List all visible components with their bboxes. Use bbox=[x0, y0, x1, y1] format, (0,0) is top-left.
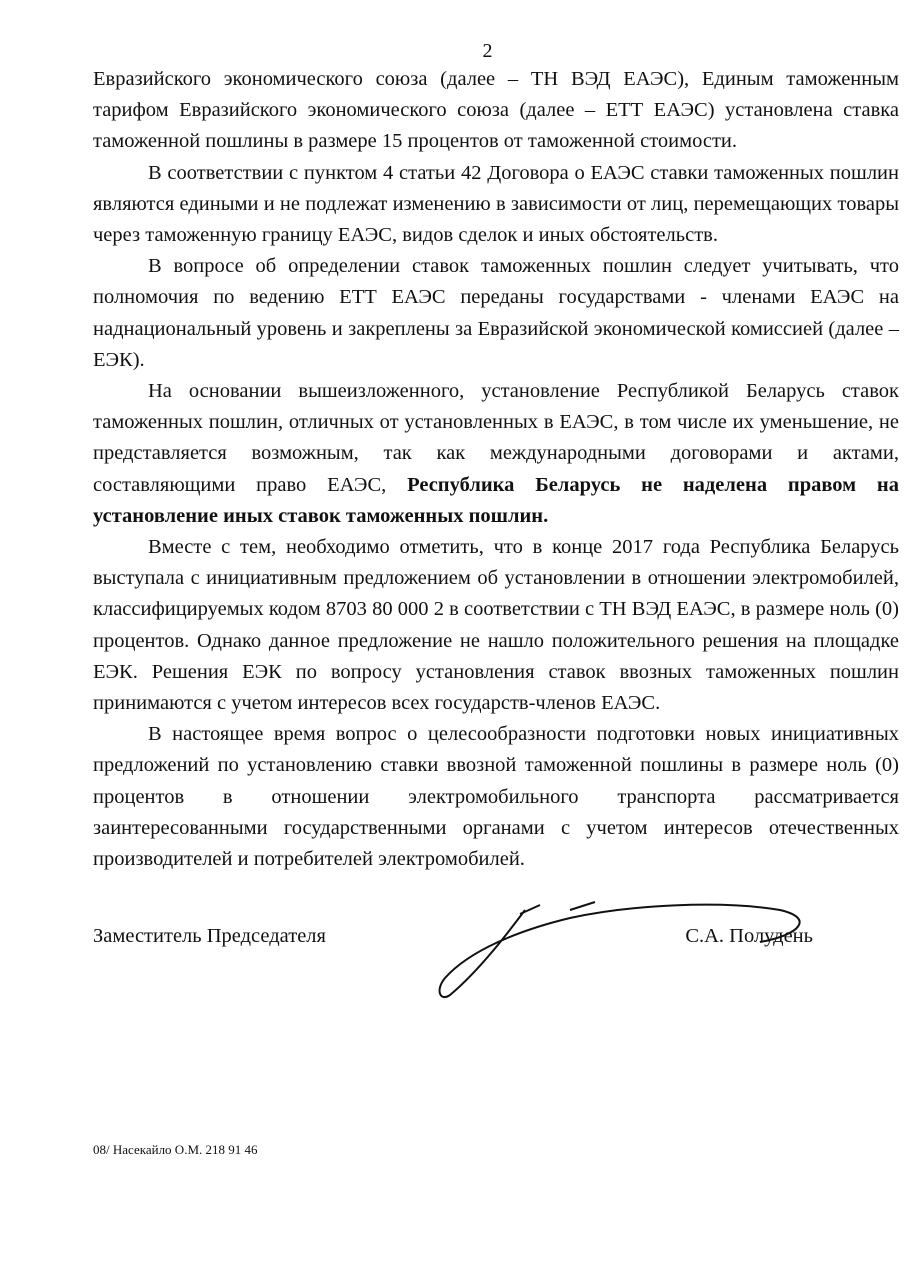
executor-footer: 08/ Насекайло О.М. 218 91 46 bbox=[93, 1142, 258, 1158]
page-number: 2 bbox=[0, 40, 915, 63]
signatory-title: Заместитель Председателя bbox=[93, 925, 326, 948]
letter-body: Евразийского экономического союза (далее… bbox=[93, 64, 899, 875]
paragraph: На основании вышеизложенного, установлен… bbox=[93, 376, 899, 532]
text-segment: Евразийского экономического союза (далее… bbox=[93, 68, 899, 152]
text-segment: В настоящее время вопрос о целесообразно… bbox=[93, 723, 899, 870]
paragraph: В соответствии с пунктом 4 статьи 42 Дог… bbox=[93, 158, 899, 252]
text-segment: В вопросе об определении ставок таможенн… bbox=[93, 255, 899, 371]
paragraph: В вопросе об определении ставок таможенн… bbox=[93, 251, 899, 376]
paragraph: Вместе с тем, необходимо отметить, что в… bbox=[93, 532, 899, 719]
handwritten-signature bbox=[430, 890, 810, 1000]
text-segment: Вместе с тем, необходимо отметить, что в… bbox=[93, 536, 899, 714]
paragraph: Евразийского экономического союза (далее… bbox=[93, 64, 899, 158]
text-segment: В соответствии с пунктом 4 статьи 42 Дог… bbox=[93, 162, 899, 246]
paragraph: В настоящее время вопрос о целесообразно… bbox=[93, 719, 899, 875]
